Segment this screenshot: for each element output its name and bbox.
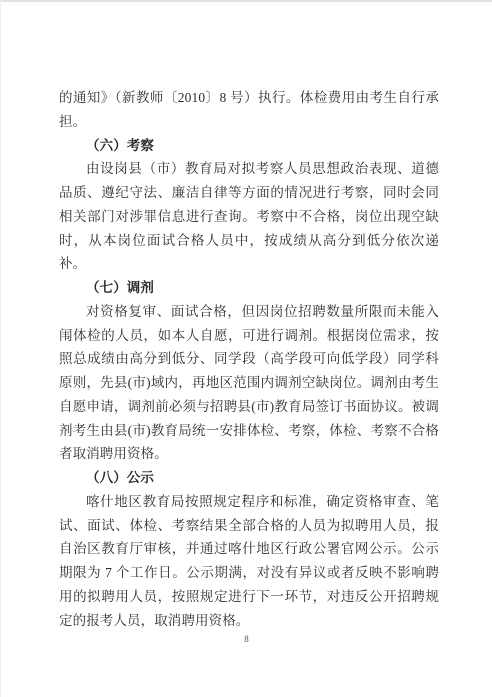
section-heading-six-inspection: （六）考察 — [59, 134, 439, 158]
paragraph-notice-continuation: 的通知》（新教师〔2010〕8 号）执行。体检费用由考生自行承担。 — [59, 86, 439, 134]
page-number: 8 — [1, 632, 492, 646]
section-heading-eight-publicity: （八）公示 — [59, 466, 439, 490]
section-heading-seven-adjustment: （七）调剂 — [59, 276, 439, 300]
paragraph-publicity-body: 喀什地区教育局按照规定程序和标准，确定资格审查、笔试、面试、体检、考察结果全部合… — [59, 490, 439, 633]
paragraph-adjustment-body: 对资格复审、面试合格，但因岗位招聘数量所限而未能入闱体检的人员，如本人自愿，可进… — [59, 300, 439, 466]
document-body: 的通知》（新教师〔2010〕8 号）执行。体检费用由考生自行承担。 （六）考察 … — [59, 86, 439, 632]
paragraph-inspection-body: 由设岗县（市）教育局对拟考察人员思想政治表现、道德品质、遵纪守法、廉洁自律等方面… — [59, 157, 439, 276]
document-page: 的通知》（新教师〔2010〕8 号）执行。体检费用由考生自行承担。 （六）考察 … — [0, 0, 492, 697]
